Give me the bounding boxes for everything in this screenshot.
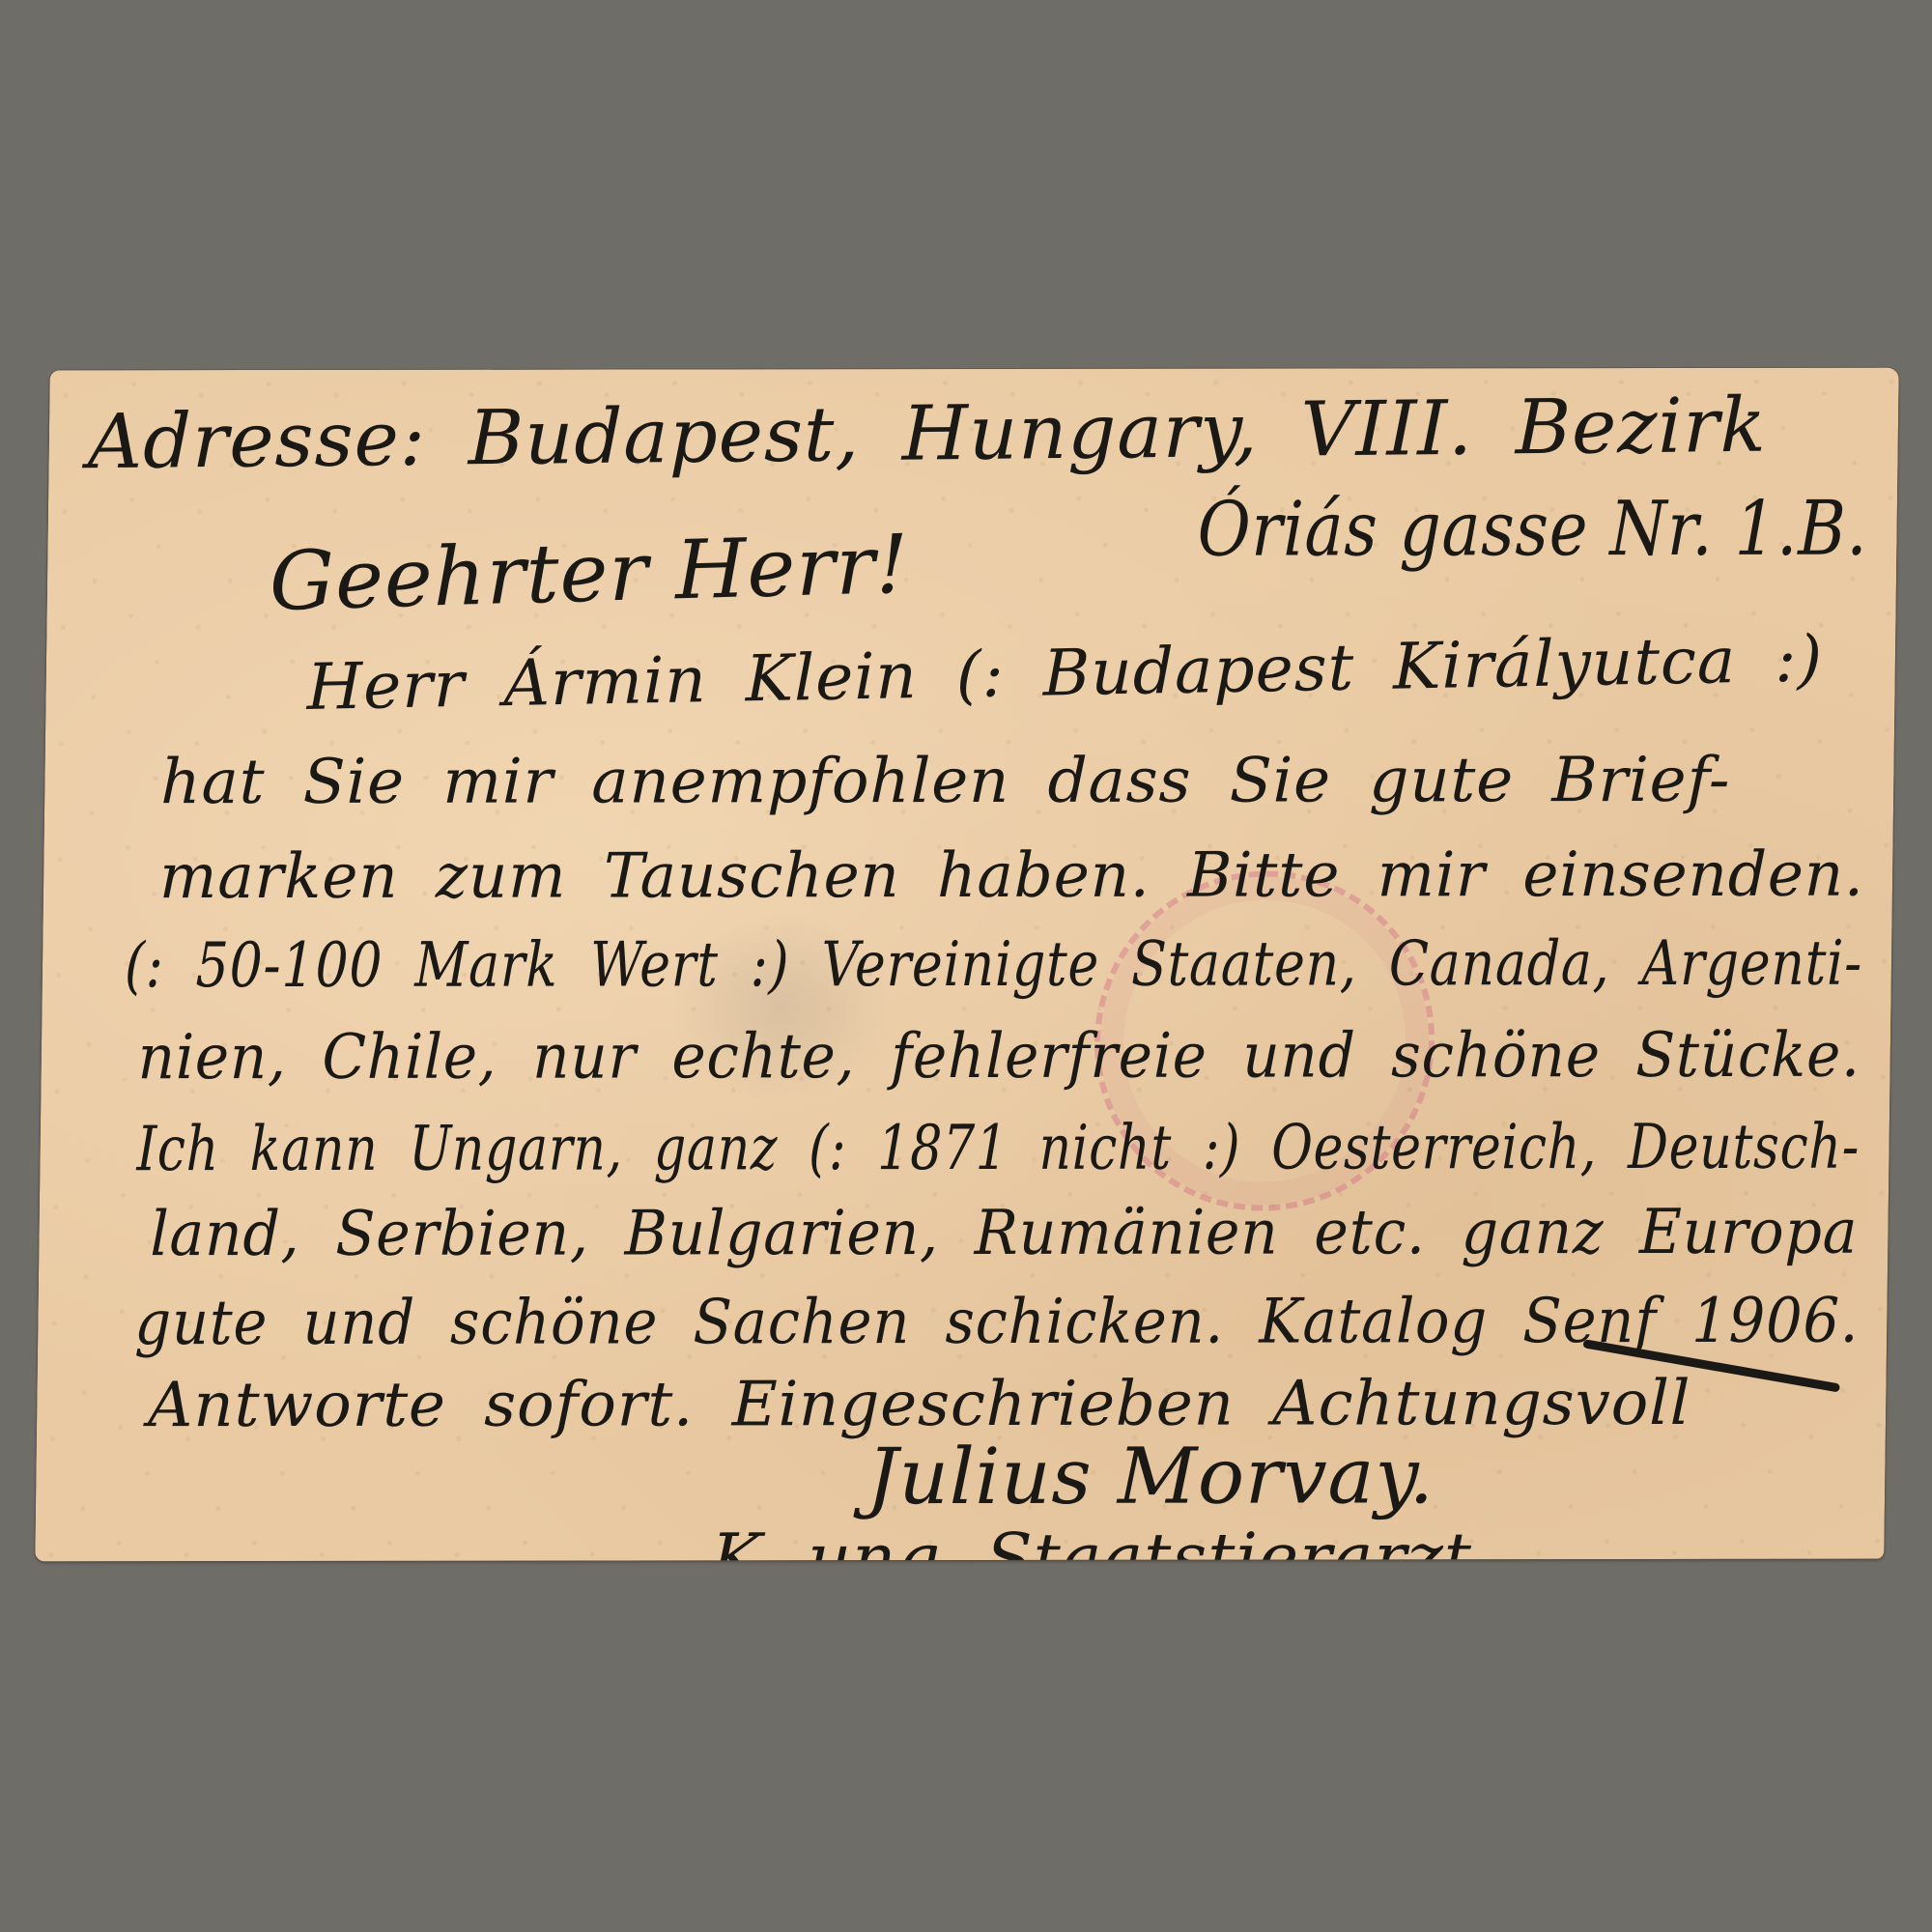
signature-title: K. ung. Staatstierarzt. [711, 1518, 1495, 1561]
address-line-1: Adresse: Budapest, Hungary, VIII. Bezirk [88, 383, 1767, 487]
greeting: Geehrter Herr! [269, 517, 909, 629]
body-line: nien, Chile, nur echte, fehlerfreie und … [137, 1020, 1861, 1094]
signature: Julius Morvay. [867, 1431, 1435, 1521]
body-line: Herr Ármin Klein (: Budapest Királyutca … [306, 621, 1823, 724]
body-line: hat Sie mir anempfohlen dass Sie gute Br… [160, 745, 1731, 818]
body-line: marken zum Tauschen haben. Bitte mir ein… [159, 839, 1865, 913]
postcard: Adresse: Budapest, Hungary, VIII. Bezirk… [35, 368, 1898, 1562]
body-line: (: 50-100 Mark Wert :) Vereinigte Staate… [125, 928, 1863, 1003]
address-line-2: Óriás gasse Nr. 1.B. [1197, 486, 1868, 574]
body-line: Antworte sofort. Eingeschrieben Achtungs… [148, 1368, 1691, 1441]
photo-backdrop: Adresse: Budapest, Hungary, VIII. Bezirk… [0, 0, 1932, 1932]
body-line: land, Serbien, Bulgarien, Rumänien etc. … [150, 1197, 1859, 1270]
body-line: Ich kann Ungarn, ganz (: 1871 nicht :) O… [136, 1112, 1860, 1185]
